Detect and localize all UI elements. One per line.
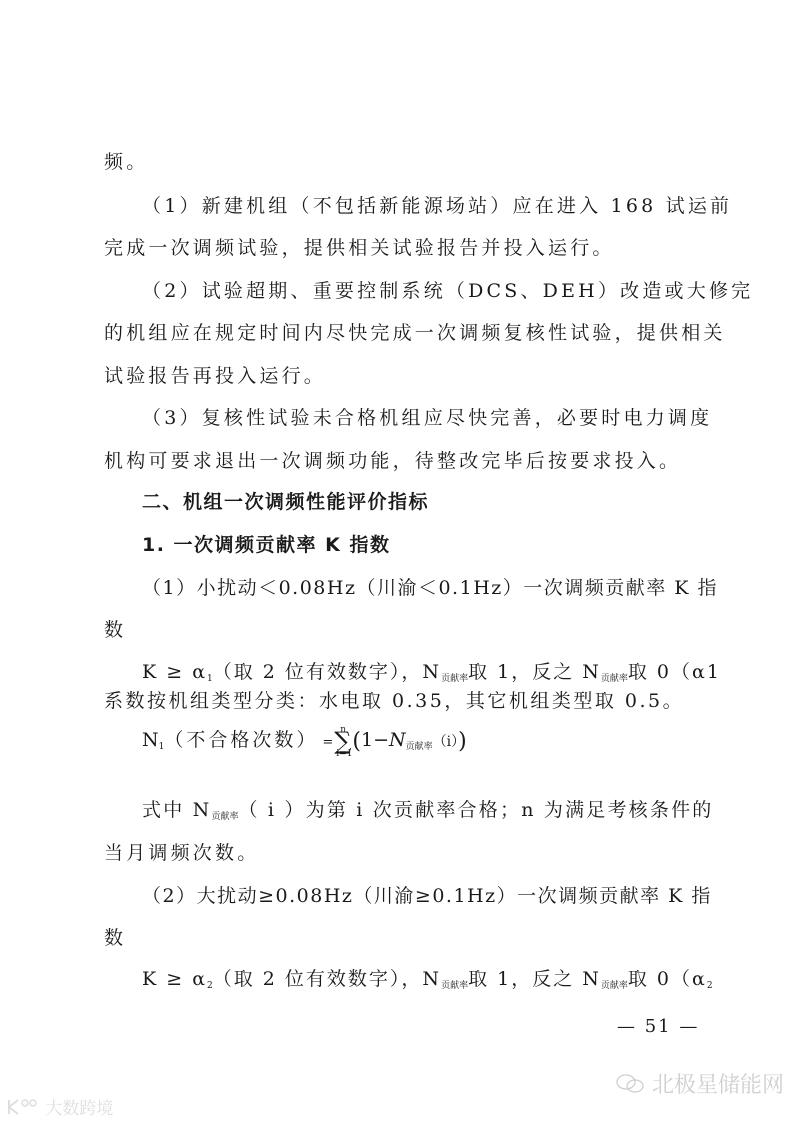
subsection-heading: 1. 一次调频贡献率 K 指数 — [142, 532, 391, 558]
text-line: 当月调频次数。 — [104, 840, 259, 866]
page-number: — 51 — — [617, 1016, 699, 1037]
text-line: 数 — [104, 925, 126, 951]
text-line: （3）复核性试验未合格机组应尽快完善，必要时电力调度 — [142, 405, 712, 431]
logo-icon — [6, 1099, 45, 1119]
text-line: 完成一次调频试验，提供相关试验报告并投入运行。 — [104, 235, 615, 261]
text-line: 的机组应在规定时间内尽快完成一次调频复核性试验，提供相关 — [104, 320, 726, 346]
text-line: 系数按机组类型分类：水电取 0.35，其它机组类型取 0.5。 — [104, 688, 684, 714]
text-line: （2）试验超期、重要控制系统（DCS、DEH）改造或大修完 — [142, 278, 753, 304]
text-line: 频。 — [104, 149, 148, 175]
text-line: 试验报告再投入运行。 — [104, 363, 326, 389]
text-line: （1）新建机组（不包括新能源场站）应在进入 168 试运前 — [142, 193, 732, 219]
watermark-right: 北极星储能网 — [615, 1068, 784, 1099]
text-line: 式中 N贡献率（ i ）为第 i 次贡献率合格；n 为满足考核条件的 — [142, 797, 713, 830]
text-line: 数 — [104, 617, 126, 643]
wechat-icon — [615, 1073, 652, 1098]
text-line: （2）大扰动≥0.08Hz（川渝≥0.1Hz）一次调频贡献率 K 指 — [142, 883, 712, 909]
section-heading: 二、机组一次调频性能评价指标 — [142, 489, 429, 515]
text-line: （1）小扰动＜0.08Hz（川渝＜0.1Hz）一次调频贡献率 K 指 — [142, 575, 718, 601]
k2-condition: K ≥ α2（取 2 位有效数字），N贡献率取 1，反之 N贡献率取 0（α2 — [142, 966, 713, 999]
watermark-left: 大数跨境 — [6, 1094, 113, 1119]
formula-n1: N1（不合格次数）=∑ni=1(1−N贡献率（i）) — [142, 727, 467, 760]
sum-symbol: ∑ni=1 — [334, 728, 351, 754]
text-line: 机构可要求退出一次调频功能，待整改完毕后按要求投入。 — [104, 448, 681, 474]
